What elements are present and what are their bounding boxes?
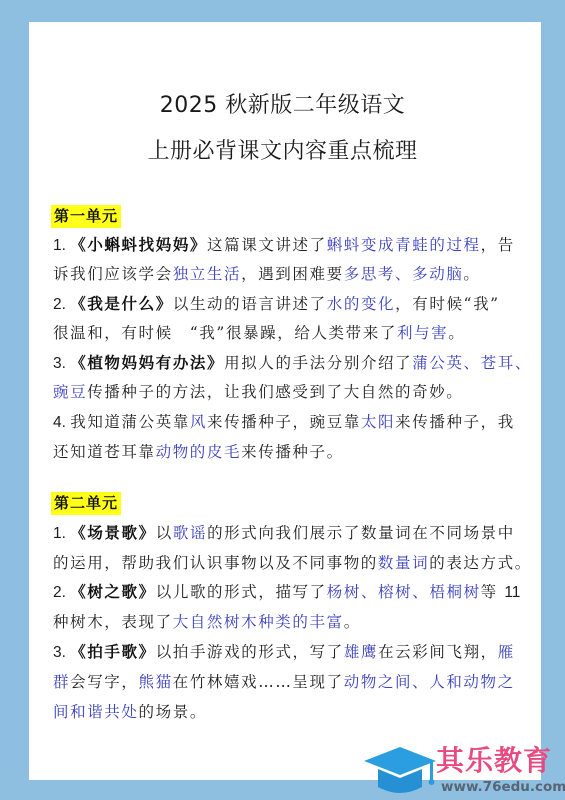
key-point: 水的变化 bbox=[327, 295, 395, 313]
text-line: 3. 《植物妈妈有办法》用拟人的手法分别介绍了蒲公英、苍耳、 bbox=[53, 352, 523, 375]
key-point: 动物之间、人和动物之 bbox=[344, 673, 515, 691]
text-line: 4. 我知道蒲公英靠风来传播种子，豌豆靠太阳来传播种子，我 bbox=[53, 411, 523, 434]
text-segment: 2. bbox=[53, 296, 70, 313]
key-point: 蝌蚪变成青蛙的过程 bbox=[327, 236, 481, 254]
lesson-title: 《植物妈妈有办法》 bbox=[70, 353, 224, 372]
text-segment: 。 bbox=[448, 324, 465, 342]
text-line: 诉我们应该学会独立生活，遇到困难要多思考、多动脑。 bbox=[53, 263, 523, 285]
key-point: 熊猫 bbox=[139, 673, 173, 691]
key-point: 杨树、榕树、梧桐树 bbox=[327, 583, 481, 601]
text-segment: ，遇到困难要 bbox=[241, 265, 344, 283]
lesson-title: 《我是什么》 bbox=[70, 294, 173, 313]
lesson-title: 《树之歌》 bbox=[70, 582, 156, 601]
text-segment: ，告 bbox=[481, 236, 515, 254]
text-segment: 诉我们应该学会 bbox=[53, 265, 173, 283]
key-point: 太阳 bbox=[361, 413, 395, 431]
key-point: 间和谐共处 bbox=[53, 703, 139, 721]
text-segment: 等 bbox=[481, 583, 505, 601]
text-segment: 来传播种子，我 bbox=[395, 413, 515, 431]
text-segment: 还知道苍耳靠 bbox=[53, 443, 156, 461]
text-line: 间和谐共处的场景。 bbox=[53, 701, 523, 723]
text-segment: 的形式向我们展示了数量词在不同场景中 bbox=[207, 524, 515, 542]
document-title-line-1: 2025 秋新版二年级语文 bbox=[0, 93, 565, 119]
text-segment: 用拟人的手法分别介绍了 bbox=[224, 354, 412, 372]
key-point: 歌谣 bbox=[173, 524, 207, 542]
text-segment: 1. bbox=[53, 237, 70, 254]
text-line: 2. 《树之歌》以儿歌的形式，描写了杨树、榕树、梧桐树等 11 bbox=[53, 581, 523, 604]
graduation-cap-icon bbox=[362, 743, 438, 798]
watermark-url: www.76edu.com bbox=[441, 778, 565, 796]
text-line: 种树木，表现了大自然树木种类的丰富。 bbox=[53, 611, 523, 633]
text-segment: 1. bbox=[53, 525, 70, 542]
key-point: 独立生活 bbox=[173, 265, 241, 283]
text-segment: 在云彩间飞翔， bbox=[378, 643, 498, 661]
text-line: 的运用，帮助我们认识事物以及不同事物的数量词的表达方式。 bbox=[53, 552, 523, 574]
text-segment: 这篇课文讲述了 bbox=[207, 236, 327, 254]
text-segment: 以 bbox=[156, 524, 173, 542]
text-segment: 在竹林嬉戏……呈现了 bbox=[173, 673, 344, 691]
key-point: 蒲公英、苍耳、 bbox=[412, 354, 532, 372]
text-segment: 我知道蒲公英靠 bbox=[70, 413, 190, 431]
text-segment: 。 bbox=[463, 265, 480, 283]
text-segment: 的场景。 bbox=[139, 703, 207, 721]
text-segment: 以拍手游戏的形式，写了 bbox=[156, 643, 344, 661]
text-segment: ，有时候“我” bbox=[395, 295, 500, 313]
text-segment: 11 bbox=[504, 584, 520, 601]
key-point: 利与害 bbox=[397, 324, 448, 342]
text-line: 群会写字，熊猫在竹林嬉戏……呈现了动物之间、人和动物之 bbox=[53, 671, 523, 693]
lesson-title: 《拍手歌》 bbox=[70, 642, 156, 661]
key-point: 数量词 bbox=[378, 554, 429, 572]
key-point: 多思考、多动脑 bbox=[344, 265, 464, 283]
key-point: 风 bbox=[190, 413, 207, 431]
text-segment: 3. bbox=[53, 355, 70, 372]
key-point: 雁 bbox=[498, 643, 515, 661]
unit-1-heading: 第一单元 bbox=[51, 205, 121, 228]
text-segment: 会写字， bbox=[70, 673, 138, 691]
key-point: 豌豆 bbox=[53, 383, 87, 401]
text-segment: 种树木，表现了 bbox=[53, 613, 173, 631]
text-segment: 2. bbox=[53, 584, 70, 601]
text-segment: 的表达方式。 bbox=[429, 554, 532, 572]
text-line: 豌豆传播种子的方法，让我们感受到了大自然的奇妙。 bbox=[53, 381, 523, 403]
text-segment: 来传播种子，豌豆靠 bbox=[207, 413, 361, 431]
text-segment: 4. bbox=[53, 414, 70, 431]
text-segment: 很温和，有时候 “我”很暴躁，给人类带来了 bbox=[53, 324, 397, 342]
text-line: 3. 《拍手歌》以拍手游戏的形式，写了雄鹰在云彩间飞翔，雁 bbox=[53, 641, 523, 664]
text-line: 2. 《我是什么》以生动的语言讲述了水的变化，有时候“我” bbox=[53, 293, 523, 316]
text-segment: 3. bbox=[53, 644, 70, 661]
key-point: 雄鹰 bbox=[344, 643, 378, 661]
text-segment: 。 bbox=[344, 613, 361, 631]
text-segment: 以生动的语言讲述了 bbox=[173, 295, 327, 313]
watermark-brand-name: 其乐教育 bbox=[436, 744, 552, 778]
key-point: 大自然树木种类的丰富 bbox=[173, 613, 344, 631]
document-title-line-2: 上册必背课文内容重点梳理 bbox=[0, 139, 565, 165]
lesson-title: 《场景歌》 bbox=[70, 523, 156, 542]
text-segment: 来传播种子。 bbox=[241, 443, 344, 461]
text-segment: 以儿歌的形式，描写了 bbox=[156, 583, 327, 601]
key-point: 动物的皮毛 bbox=[156, 443, 242, 461]
text-line: 1. 《场景歌》以歌谣的形式向我们展示了数量词在不同场景中 bbox=[53, 522, 523, 545]
text-segment: 的运用，帮助我们认识事物以及不同事物的 bbox=[53, 554, 378, 572]
key-point: 群 bbox=[53, 673, 70, 691]
text-line: 还知道苍耳靠动物的皮毛来传播种子。 bbox=[53, 441, 523, 463]
text-line: 1. 《小蝌蚪找妈妈》这篇课文讲述了蝌蚪变成青蛙的过程，告 bbox=[53, 234, 523, 257]
unit-2-heading: 第二单元 bbox=[51, 492, 121, 515]
lesson-title: 《小蝌蚪找妈妈》 bbox=[70, 235, 207, 254]
text-line: 很温和，有时候 “我”很暴躁，给人类带来了利与害。 bbox=[53, 322, 523, 344]
text-segment: 传播种子的方法，让我们感受到了大自然的奇妙。 bbox=[87, 383, 463, 401]
